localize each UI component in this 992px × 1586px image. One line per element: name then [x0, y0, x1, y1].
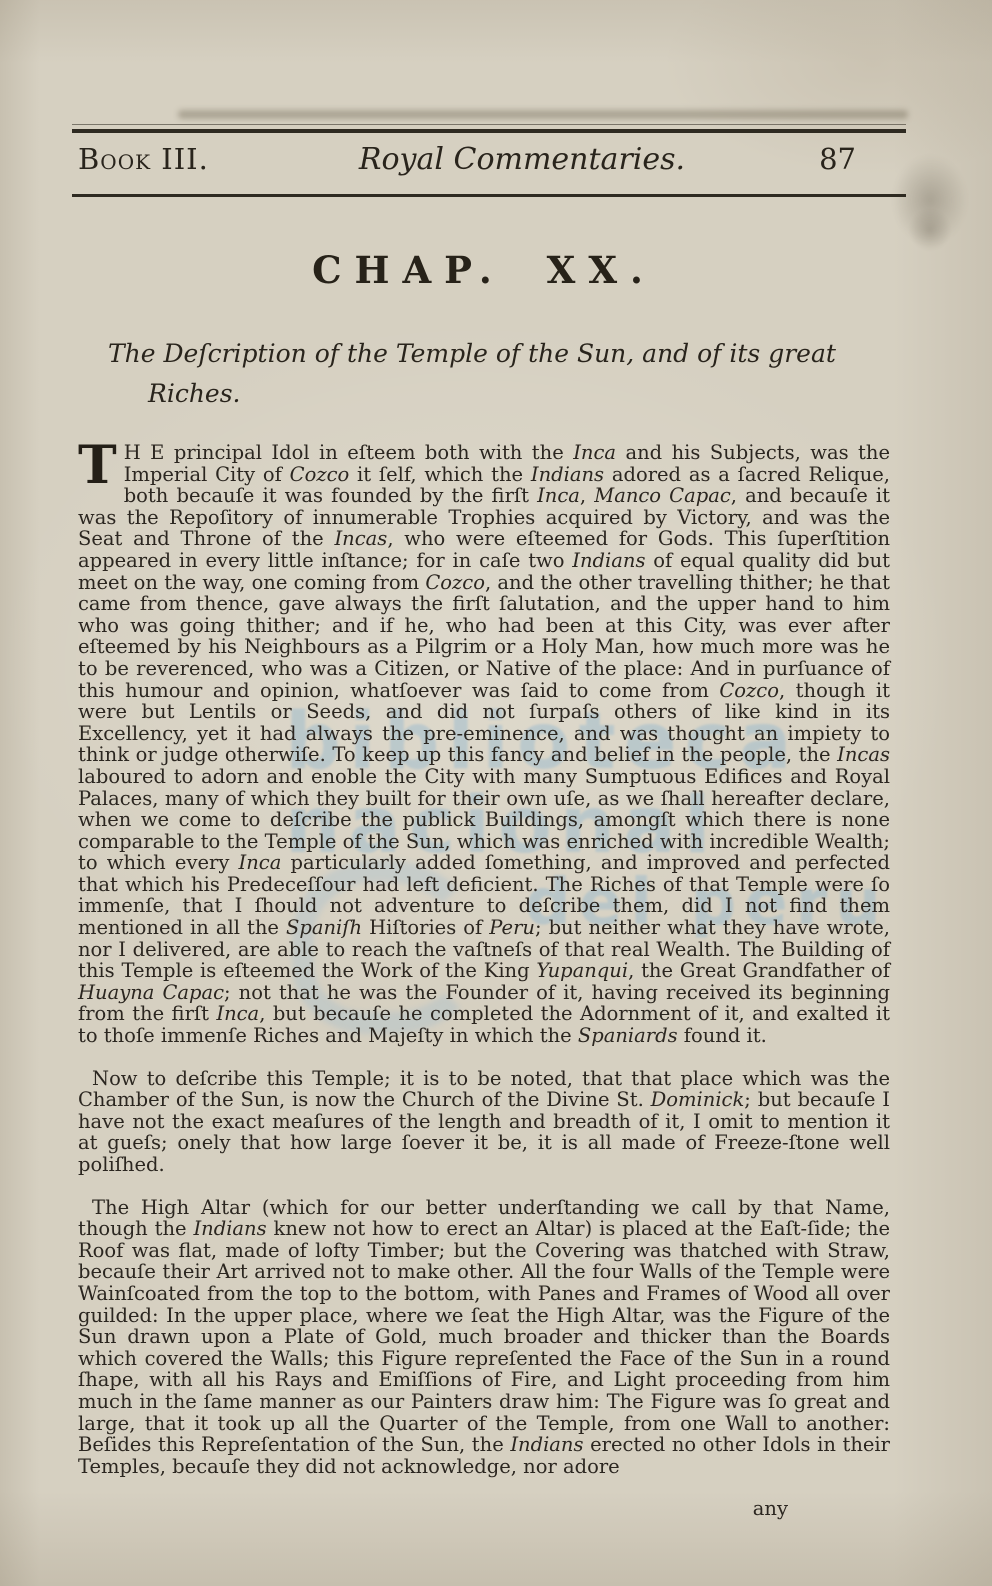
- book-label: Book III.: [78, 142, 298, 176]
- paragraph-3: The High Altar (which for our better und…: [78, 1197, 890, 1478]
- header-rule-bottom: [72, 194, 906, 197]
- chapter-subtitle-line-2: Riches.: [148, 374, 868, 414]
- header-rule-top: [72, 124, 906, 133]
- chapter-subtitle: The Deſcription of the Temple of the Sun…: [108, 334, 868, 414]
- rule-show-through: [178, 110, 908, 119]
- running-title: Royal Commentaries.: [298, 142, 746, 177]
- catchword: any: [78, 1498, 890, 1520]
- body-text: TH E principal Idol in eſteem both with …: [78, 442, 890, 1520]
- page-number: 87: [746, 142, 890, 176]
- drop-cap-initial: T: [78, 442, 124, 486]
- paragraph-1: TH E principal Idol in eſteem both with …: [78, 442, 890, 1047]
- paragraph-2: Now to deſcribe this Temple; it is to be…: [78, 1068, 890, 1176]
- chapter-subtitle-line-1: The Deſcription of the Temple of the Sun…: [108, 334, 868, 374]
- ink-smudge-stain: [900, 200, 960, 260]
- book-page-scan: biblioteca nacional del peru Book III. R…: [0, 0, 992, 1586]
- running-header: Book III. Royal Commentaries. 87: [78, 142, 890, 177]
- chapter-heading: CHAP. XX.: [78, 248, 890, 292]
